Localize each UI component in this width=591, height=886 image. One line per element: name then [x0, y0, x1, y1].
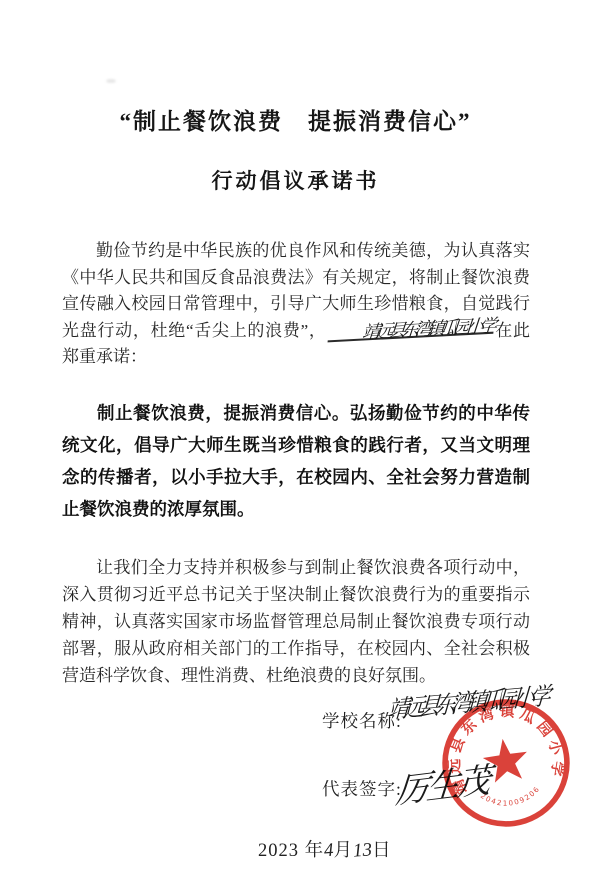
date-line: 2023 年4月13日	[258, 836, 392, 862]
paragraph-2: 制止餐饮浪费，提振消费信心。弘扬勤俭节约的中华传统文化，倡导广大师生既当珍惜粮食…	[62, 397, 530, 525]
scan-smudge	[106, 79, 116, 83]
scanned-document-page: “制止餐饮浪费 提振消费信心” 行动倡议承诺书 勤俭节约是中华民族的优良作风和传…	[0, 0, 591, 886]
date-month-handwritten: 4	[323, 840, 334, 863]
date-day-unit: 日	[372, 841, 392, 861]
seal-star-icon	[481, 736, 531, 784]
paragraph-1: 勤俭节约是中华民族的优良作风和传统美德，为认真落实《中华人民共和国反食品浪费法》…	[62, 238, 530, 371]
date-month-unit: 月	[334, 841, 354, 861]
representative-signature-label: 代表签字:	[322, 776, 402, 801]
document-subtitle: 行动倡议承诺书	[0, 165, 591, 195]
date-day-handwritten: 13	[352, 839, 372, 862]
handwritten-school-name-inline: 靖远县东湾镇瓜园小学	[327, 320, 494, 342]
date-year: 2023 年	[258, 841, 324, 861]
official-school-seal: 靖远县东湾镇瓜园小学 6204210092068	[431, 688, 580, 837]
document-title: “制止餐饮浪费 提振消费信心”	[0, 103, 591, 136]
paragraph-3: 让我们全力支持并积极参与到制止餐饮浪费各项行动中，深入贯彻习近平总书记关于坚决制…	[62, 554, 530, 689]
document-body: 勤俭节约是中华民族的优良作风和传统美德，为认真落实《中华人民共和国反食品浪费法》…	[62, 238, 530, 689]
